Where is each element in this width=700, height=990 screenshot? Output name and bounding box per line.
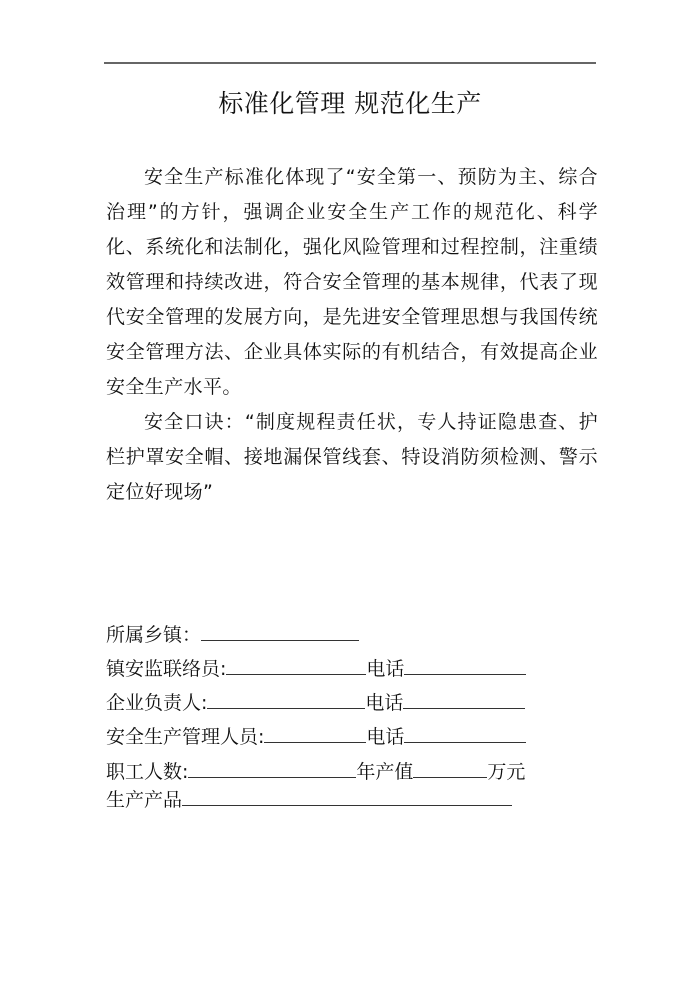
safety-slogan-paragraph: 安全口诀：“制度规程责任状，专人持证隐患查、护栏护罩安全帽、接地漏保管线套、特设… bbox=[106, 405, 598, 510]
form-row-head: 企业负责人:电话 bbox=[106, 686, 566, 720]
safety-staff-label: 安全生产管理人员: bbox=[106, 720, 264, 754]
form-row-safety-staff: 安全生产管理人员:电话 bbox=[106, 720, 566, 754]
safety-staff-field[interactable] bbox=[264, 724, 366, 743]
output-value-label: 年产值 bbox=[356, 758, 413, 786]
head-phone-label: 电话 bbox=[365, 686, 403, 720]
employees-label: 职工人数: bbox=[106, 758, 188, 786]
head-label: 企业负责人: bbox=[106, 686, 207, 720]
form-row-products: 生产产品 bbox=[106, 786, 566, 814]
township-field[interactable] bbox=[201, 622, 359, 641]
products-label: 生产产品 bbox=[106, 786, 182, 814]
liaison-label: 镇安监联络员: bbox=[106, 652, 226, 686]
liaison-phone-field[interactable] bbox=[404, 656, 526, 675]
body-text: 安全生产标准化体现了“安全第一、预防为主、综合治理”的方针，强调企业安全生产工作… bbox=[106, 160, 598, 510]
form-row-liaison: 镇安监联络员:电话 bbox=[106, 652, 566, 686]
liaison-phone-label: 电话 bbox=[366, 652, 404, 686]
output-value-field[interactable] bbox=[413, 759, 487, 778]
safety-staff-phone-label: 电话 bbox=[366, 720, 404, 754]
output-value-unit: 万元 bbox=[487, 758, 525, 786]
info-form: 所属乡镇： 镇安监联络员:电话 企业负责人:电话 安全生产管理人员:电话 职工人… bbox=[106, 618, 566, 814]
header-rule bbox=[104, 62, 596, 64]
head-field[interactable] bbox=[207, 690, 365, 709]
page-title: 标准化管理 规范化生产 bbox=[0, 84, 700, 124]
products-field[interactable] bbox=[182, 787, 512, 806]
intro-paragraph: 安全生产标准化体现了“安全第一、预防为主、综合治理”的方针，强调企业安全生产工作… bbox=[106, 160, 598, 405]
township-label: 所属乡镇： bbox=[106, 618, 201, 652]
liaison-field[interactable] bbox=[226, 656, 366, 675]
form-row-township: 所属乡镇： bbox=[106, 618, 566, 652]
safety-staff-phone-field[interactable] bbox=[404, 724, 526, 743]
employees-field[interactable] bbox=[188, 759, 356, 778]
head-phone-field[interactable] bbox=[403, 690, 525, 709]
form-row-employees: 职工人数:年产值万元 bbox=[106, 758, 566, 786]
